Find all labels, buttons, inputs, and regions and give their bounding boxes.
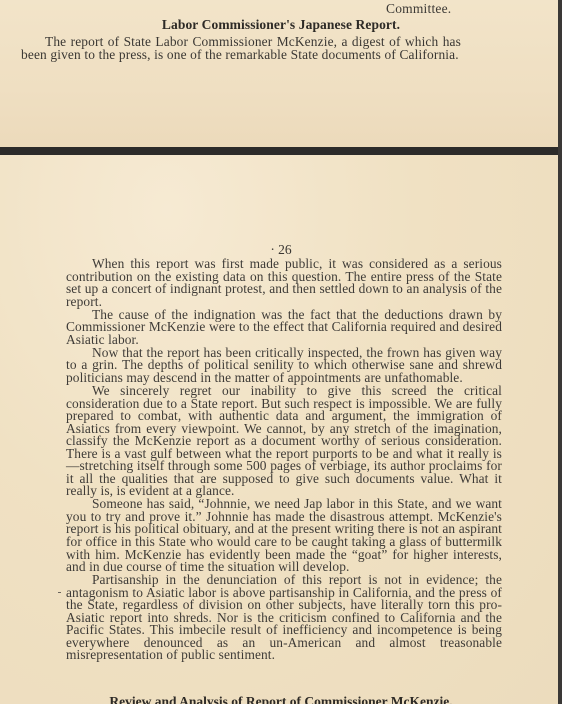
signature-fragment: Committee. xyxy=(386,1,451,17)
section-heading: Review and Analysis of Report of Commiss… xyxy=(0,693,558,704)
paragraph: Someone has said, “Johnnie, we need Jap … xyxy=(66,498,502,573)
paragraph: Partisanship in the denunciation of this… xyxy=(66,574,502,662)
bottom-page: · 26 When this report was first made pub… xyxy=(0,155,558,704)
top-page: Committee. Labor Commissioner's Japanese… xyxy=(0,0,558,147)
article-heading-text: Labor Commissioner's Japanese Report. xyxy=(162,17,400,32)
page-edge xyxy=(558,0,562,704)
paragraph: When this report was first made public, … xyxy=(66,258,502,308)
paragraph: The cause of the indignation was the fac… xyxy=(66,309,502,347)
paragraph: We sincerely regret our inability to giv… xyxy=(66,385,502,498)
intro-paragraph-block: The report of State Labor Commissioner M… xyxy=(21,36,461,61)
section-heading-text: Review and Analysis of Report of Commiss… xyxy=(109,694,452,704)
body-text: When this report was first made public, … xyxy=(66,258,502,663)
intro-paragraph: The report of State Labor Commissioner M… xyxy=(21,36,461,61)
paragraph: Now that the report has been critically … xyxy=(66,347,502,385)
article-heading: Labor Commissioner's Japanese Report. xyxy=(0,17,558,33)
margin-mark xyxy=(58,592,61,593)
